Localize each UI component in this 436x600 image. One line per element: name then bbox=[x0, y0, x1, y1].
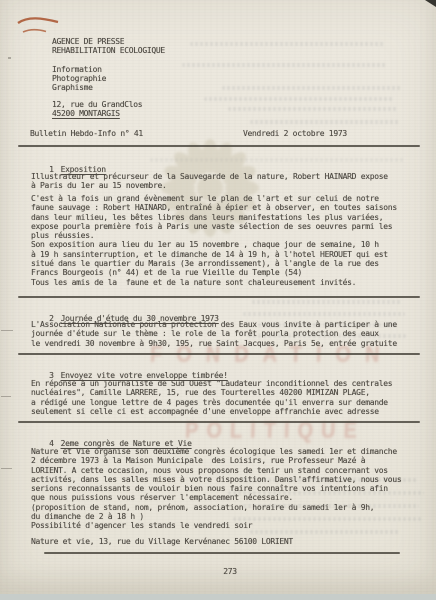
section-3-paragraph: En réponse à un journaliste de Sud Ouest… bbox=[31, 379, 431, 416]
bleedthrough-line bbox=[250, 120, 400, 124]
divider bbox=[44, 552, 400, 554]
section-4-contact: Nature et vie, 13, rue du Village Kervén… bbox=[31, 537, 431, 546]
corner-shadow bbox=[425, 0, 436, 7]
scanned-bulletin-page: { "header": { "agency": "AGENCE DE PRESS… bbox=[0, 0, 436, 600]
bleedthrough-line bbox=[182, 63, 387, 67]
bleedthrough-line bbox=[204, 97, 394, 101]
agency-service: Graphisme bbox=[52, 83, 93, 92]
section-1-paragraph: Illustrateur et précurseur de la Sauvega… bbox=[31, 172, 426, 191]
divider bbox=[18, 145, 420, 147]
section-1-paragraph: C'est à la fois un grand évènement sur l… bbox=[31, 194, 431, 287]
agency-name: AGENCE DE PRESSE REHABILITATION ECOLOGIQ… bbox=[52, 37, 165, 56]
bleedthrough-line bbox=[228, 107, 398, 111]
agency-address-city: 45200 MONTARGIS bbox=[52, 109, 120, 118]
agency-address-street: 12, rue du GrandClos bbox=[52, 100, 142, 109]
bleedthrough-line bbox=[222, 86, 402, 90]
page-number: 273 bbox=[130, 567, 330, 576]
margin-mark bbox=[1, 330, 13, 331]
bulletin-title: Bulletin Hebdo-Info n° 41 bbox=[30, 129, 143, 138]
margin-mark bbox=[1, 396, 11, 397]
section-2-paragraph: L'Association Nationale pourla protectio… bbox=[31, 320, 431, 348]
section-4-paragraph: Nature et Vie organise son deuxième cong… bbox=[31, 447, 433, 531]
divider bbox=[18, 296, 420, 298]
divider bbox=[18, 353, 420, 355]
bleedthrough-line bbox=[252, 300, 402, 304]
bleedthrough-line bbox=[243, 312, 405, 316]
margin-mark bbox=[1, 468, 12, 469]
divider bbox=[18, 421, 420, 423]
bleedthrough-line bbox=[190, 42, 385, 46]
agency-service: Information bbox=[52, 65, 102, 74]
bulletin-date: Vendredi 2 octobre 1973 bbox=[243, 129, 347, 138]
bleedthrough-line bbox=[150, 158, 405, 162]
paper-sheet: FONDATION POLITIQUE AGENCE DE PRESSE REH… bbox=[0, 0, 436, 594]
agency-service: Photographie bbox=[52, 74, 106, 83]
margin-mark bbox=[8, 57, 11, 59]
